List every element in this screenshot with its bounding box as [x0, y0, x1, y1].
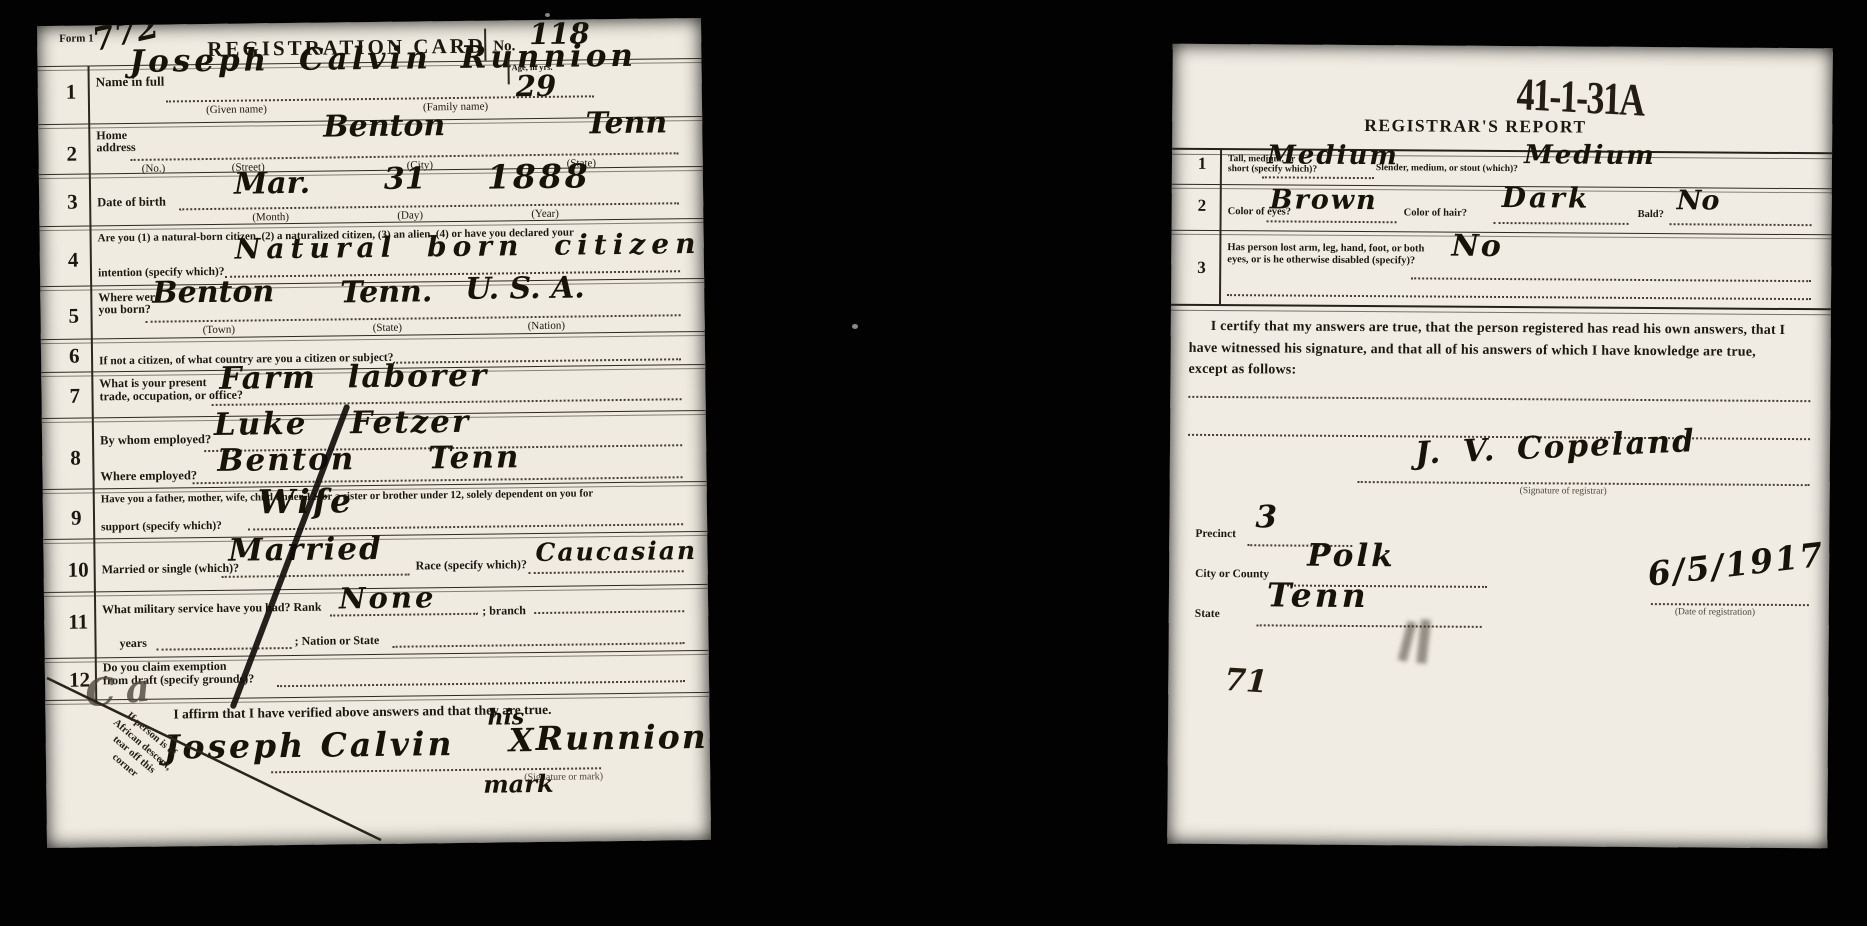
- row6-number: 6: [69, 344, 80, 369]
- precinct-handwritten: 3: [1255, 502, 1277, 533]
- ink-smudge: [1396, 617, 1438, 669]
- age-value-handwritten: 29: [516, 72, 557, 101]
- bald-label: Bald?: [1638, 209, 1664, 221]
- signature-first-handwritten: Joseph Calvin: [164, 727, 455, 764]
- hair-handwritten: Dark: [1502, 184, 1591, 213]
- citizenship-handwritten: Natural born citizen: [235, 230, 702, 264]
- age-box-divider: [507, 60, 509, 84]
- birth-month-handwritten: Mar.: [234, 169, 311, 200]
- trade-handwritten: Farm laborer: [219, 361, 488, 395]
- dotted-line: [1188, 396, 1810, 402]
- employed-where-handwritten: Benton Tenn: [217, 442, 520, 477]
- signature-mark-handwritten: mark: [483, 772, 554, 797]
- dotted-line: [179, 202, 679, 210]
- sub-town: (Town): [203, 324, 235, 337]
- signature-last-handwritten: Runnion: [536, 720, 708, 755]
- row11-label-1: What military service have you had? Rank: [102, 601, 321, 617]
- home-address-handwritten: Benton Tenn: [323, 108, 667, 142]
- precinct-label: Precinct: [1195, 528, 1236, 542]
- dotted-line: [277, 680, 685, 687]
- number-column-divider: [1219, 148, 1222, 304]
- born-state-handwritten: Tenn.: [340, 277, 432, 308]
- city-county-handwritten: Polk: [1307, 541, 1396, 573]
- born-town-handwritten: Benton: [152, 277, 274, 308]
- row11-number: 11: [68, 610, 88, 635]
- name-handwritten: Joseph Calvin Runnion: [129, 41, 637, 78]
- dotted-line: [534, 610, 684, 614]
- signature-x-mark: X: [509, 724, 534, 756]
- hair-label: Color of hair?: [1404, 207, 1467, 220]
- row11-label-3: years: [119, 637, 146, 651]
- report-row1-number: 1: [1198, 154, 1207, 174]
- row11-label-4: ; Nation or State: [294, 634, 379, 649]
- certification-text: I certify that my answers are true, that…: [1188, 316, 1792, 385]
- bottom-mark-handwritten: 71: [1223, 665, 1268, 699]
- dotted-line: [248, 523, 683, 530]
- sub-given-name: (Given name): [206, 103, 267, 116]
- disabled-handwritten: No: [1451, 232, 1503, 262]
- eyes-handwritten: Brown: [1270, 186, 1378, 214]
- born-nation-handwritten: U. S. A.: [465, 273, 585, 304]
- birth-day-handwritten: 31: [384, 164, 426, 195]
- row3-label: Date of birth: [97, 195, 166, 210]
- registrars-report-card: REGISTRAR'S REPORT 41-1-31A 1 Tall, medi…: [1167, 44, 1833, 849]
- row11-label-2: ; branch: [482, 604, 526, 618]
- dotted-line: [1257, 624, 1482, 628]
- married-handwritten: Married: [228, 534, 383, 567]
- dotted-line: [529, 570, 684, 574]
- report-row2-number: 2: [1198, 196, 1207, 216]
- registration-date-label: (Date of registration): [1675, 607, 1755, 618]
- dependents-handwritten: Wife: [258, 484, 355, 518]
- row8-number: 8: [70, 446, 81, 471]
- row5-number: 5: [68, 304, 79, 329]
- report-row1-label-3: Slender, medium, or stout (which)?: [1376, 163, 1518, 175]
- dotted-line: [1411, 277, 1811, 282]
- dotted-line: [1227, 294, 1811, 300]
- dotted-line: [1651, 603, 1809, 606]
- dotted-line: [225, 270, 680, 278]
- dust-speck: [545, 13, 550, 17]
- employer-handwritten: Luke Fetzer: [214, 407, 471, 441]
- row9-label-2: support (specify which)?: [101, 520, 222, 535]
- number-column-divider: [87, 65, 96, 703]
- dotted-line: [222, 574, 410, 578]
- scanned-document-background: Form 1 772 REGISTRATION CARD No. 118 1 N…: [0, 0, 1867, 926]
- district-stamp: 41-1-31A: [1516, 68, 1645, 127]
- state-label: State: [1195, 608, 1220, 621]
- registrar-signature-handwritten: J. V. Copeland: [1414, 426, 1696, 470]
- row8-label-2: Where employed?: [100, 468, 197, 484]
- bald-handwritten: No: [1677, 187, 1720, 214]
- build-stout-handwritten: Medium: [1524, 142, 1656, 169]
- sub-state-2: (State): [373, 322, 402, 335]
- row5-label-2: you born?: [98, 303, 151, 317]
- dotted-line: [330, 613, 478, 617]
- section-rule: [1171, 304, 1831, 316]
- disabled-label-2: eyes, or is he otherwise disabled (speci…: [1227, 254, 1415, 267]
- sub-day: (Day): [397, 209, 423, 222]
- dotted-line: [1267, 220, 1397, 223]
- dotted-line: [1494, 222, 1629, 225]
- birth-year-handwritten: 1888: [487, 159, 591, 193]
- row8-label-1: By whom employed?: [100, 432, 211, 448]
- row2-number: 2: [66, 142, 77, 167]
- dotted-line: [131, 152, 679, 161]
- state-handwritten: Tenn: [1267, 578, 1369, 612]
- report-row3-number: 3: [1197, 258, 1206, 278]
- registrar-signature-label: (Signature of registrar): [1520, 486, 1607, 498]
- row10-label-2: Race (specify which)?: [416, 558, 527, 573]
- sub-year: (Year): [531, 208, 559, 221]
- dotted-line: [157, 647, 292, 651]
- row9-number: 9: [71, 506, 82, 531]
- signature-line: [1358, 481, 1810, 486]
- row2-label-2: address: [96, 141, 135, 155]
- race-handwritten: Caucasian: [535, 538, 697, 565]
- row7-number: 7: [69, 384, 80, 409]
- city-county-label: City or County: [1195, 568, 1269, 582]
- military-rank-handwritten: None: [339, 583, 437, 613]
- row3-number: 3: [67, 190, 78, 215]
- registration-card: Form 1 772 REGISTRATION CARD No. 118 1 N…: [37, 18, 711, 848]
- sub-nation: (Nation): [528, 320, 565, 333]
- row10-label-1: Married or single (which)?: [102, 562, 240, 577]
- row-rule: [39, 166, 703, 179]
- dotted-line: [146, 314, 681, 323]
- row1-number: 1: [66, 80, 77, 105]
- dotted-line: [1670, 223, 1812, 226]
- dotted-line: [1262, 176, 1374, 179]
- dust-speck: [852, 324, 858, 329]
- form-number-label: Form 1: [59, 32, 94, 45]
- row4-number: 4: [68, 248, 79, 273]
- registration-date-handwritten: 6/5/1917: [1646, 538, 1826, 591]
- dotted-line: [393, 642, 685, 648]
- row10-number: 10: [68, 557, 89, 582]
